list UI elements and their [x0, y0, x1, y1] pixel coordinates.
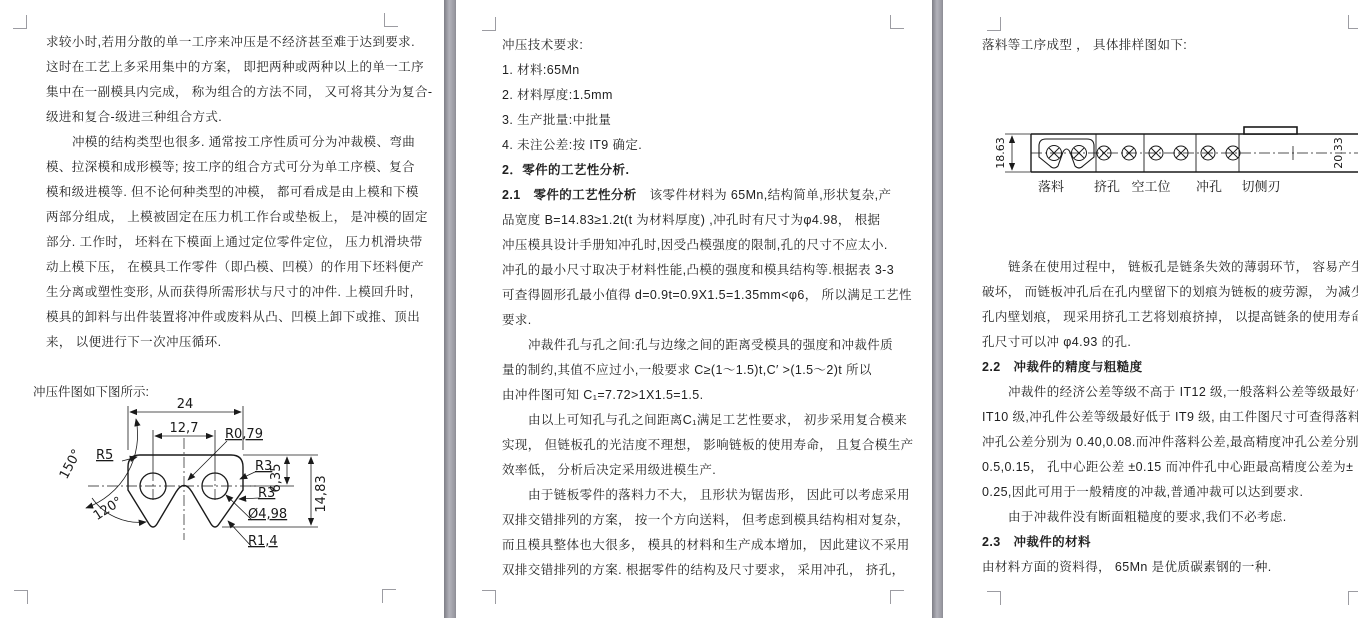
side-cut-notch [1244, 127, 1297, 134]
station-label-piercing: 冲孔 [1196, 179, 1222, 195]
centerlines [88, 438, 258, 540]
text-line: 量的制约,其值不应过小,一般要求 C≥(1～1.5)t,C′ >(1.5～2)t… [502, 358, 910, 383]
r5-label: R5 [96, 448, 113, 463]
text-line: 2．零件的工艺性分析. [502, 158, 910, 183]
text-line: 双排交错排列的方案. 根据零件的结构及尺寸要求， 采用冲孔， 挤孔， [502, 558, 910, 583]
document-viewport: 求较小时,若用分散的单一工序来冲压是不经济甚至难于达到要求.这时在工艺上多采用集… [0, 0, 1358, 618]
text-line: 孔尺寸可以冲 φ4.93 的孔. [982, 330, 1354, 355]
dim-14-83-label: 14,83 [314, 475, 329, 512]
dim-20-33-label: 20.33 [1332, 137, 1345, 169]
dim-12-7-label: 12,7 [170, 421, 199, 436]
text-line: 效率低， 分析后决定采用级进模生产. [502, 458, 910, 483]
text-line: 由冲件图可知 C₁=7.72>1X1.5=1.5. [502, 383, 910, 408]
crop-mark [1348, 15, 1358, 29]
crop-mark [13, 15, 27, 29]
crop-mark [890, 590, 904, 604]
text-line: 1. 材料:65Mn [502, 58, 910, 83]
strip-part-outline [1039, 139, 1094, 168]
page3-paragraphs: 链条在使用过程中， 链板孔是链条失效的薄弱环节， 容易产生疲劳破坏， 而链板冲孔… [982, 255, 1354, 580]
station-label-blanking: 落料 [1038, 179, 1064, 195]
text-line: 2.3 冲裁件的材料 [982, 530, 1354, 555]
crop-mark [987, 17, 1001, 31]
strip-edges [1031, 134, 1358, 172]
text-line: 冲孔的最小尺寸取决于材料性能,凸模的强度和模具结构等.根据表 3-3 [502, 258, 910, 283]
text-line: 0.5,0.15， 孔中心距公差 ±0.15 而冲件孔中心距最高精度公差为± [982, 455, 1354, 480]
text-line: 破坏， 而链板冲孔后在孔内壁留下的划痕为链板的疲劳源， 为减少链板 [982, 280, 1354, 305]
text-line: 2.2 冲裁件的精度与粗糙度 [982, 355, 1354, 380]
r3-top-label: R3 [255, 459, 272, 474]
text-line: 2.1 零件的工艺性分析 该零件材料为 65Mn,结构简单,形状复杂,产 [502, 183, 910, 208]
plate-outline [128, 455, 243, 527]
text-line: 可查得圆形孔最小值得 d=0.9t=0.9X1.5=1.35mm<φ6， 所以满… [502, 283, 910, 308]
crop-mark [987, 591, 1001, 605]
station-label-hole-extruding: 挤孔 [1094, 179, 1120, 195]
text-line: 冲裁件孔与孔之间:孔与边缘之间的距离受模具的强度和冲裁件质 [502, 333, 910, 358]
page-2: 冲压技术要求:1. 材料:65Mn2. 材料厚度:1.5mm3. 生产批量:中批… [456, 0, 932, 618]
page-gutter [444, 0, 456, 618]
station-label-side-cut: 切侧刃 [1241, 180, 1280, 195]
text-line: 0.25,因此可用于一般精度的冲裁,普通冲裁可以达到要求. [982, 480, 1354, 505]
text-line: 孔内壁划痕， 现采用挤孔工艺将划痕挤掉， 以提高链条的使用寿命. 冲 [982, 305, 1354, 330]
crop-mark [384, 13, 398, 27]
r1-4-label: R1,4 [248, 534, 278, 549]
crop-mark [482, 17, 496, 31]
dim-strip-width [1005, 134, 1031, 172]
r3-bottom-label: R3 [258, 486, 275, 501]
text-line: 4. 未注公差:按 IT9 确定. [502, 133, 910, 158]
crop-mark [890, 15, 904, 29]
crop-mark [14, 590, 28, 604]
text-line: 品宽度 B=14.83≥1.2t(t 为材料厚度) ,冲孔时有尺寸为φ4.98，… [502, 208, 910, 233]
text-line: 冲压技术要求: [502, 33, 910, 58]
crop-mark [482, 590, 496, 604]
text-line: 由材料方面的资料得， 65Mn 是优质碳素钢的一种. [982, 555, 1354, 580]
text-line: 冲裁件的经济公差等级不高于 IT12 级,一般落料公差等级最好低于 [982, 380, 1354, 405]
text-line: 双排交错排列的方案， 按一个方向送料， 但考虑到模具结构相对复杂， [502, 508, 910, 533]
text-line: 链条在使用过程中， 链板孔是链条失效的薄弱环节， 容易产生疲劳 [982, 255, 1354, 280]
text-line: 而且模具整体也大很多， 模具的材料和生产成本增加， 因此建议不采用 [502, 533, 910, 558]
text-line: IT10 级,冲孔件公差等级最好低于 IT9 级, 由工件图尺寸可查得落料公差, [982, 405, 1354, 430]
page-gutter [932, 0, 943, 618]
page-1: 求较小时,若用分散的单一工序来冲压是不经济甚至难于达到要求.这时在工艺上多采用集… [0, 0, 444, 618]
r0-79-label: R0,79 [225, 427, 263, 442]
part-drawing: 24 12,7 6,35 14,83 [0, 0, 444, 618]
crop-mark [1348, 591, 1358, 605]
text-line: 2. 材料厚度:1.5mm [502, 83, 910, 108]
angle-150-label: 150° [57, 447, 85, 482]
dim-24-label: 24 [177, 397, 194, 412]
text-line: 冲压模具设计手册知冲孔时,因受凸模强度的限制,孔的尺寸不应太小. [502, 233, 910, 258]
station-label-idle: 空工位 [1131, 179, 1170, 195]
text-line: 由于链板零件的落料力不大， 且形状为锯齿形， 因此可以考虑采用 [502, 483, 910, 508]
text-line: 实现， 但链板孔的光洁度不理想， 影响链板的使用寿命， 且复合模生产 [502, 433, 910, 458]
text-line: 冲孔公差分别为 0.40,0.08.而冲件落料公差,最高精度冲孔公差分别为 [982, 430, 1354, 455]
page2-paragraphs: 冲压技术要求:1. 材料:65Mn2. 材料厚度:1.5mm3. 生产批量:中批… [502, 33, 910, 583]
text-line: 由以上可知孔与孔之间距离C₁满足工艺性要求， 初步采用复合模来 [502, 408, 910, 433]
page-3: 落料等工序成型 ， 具体排样图如下: [943, 0, 1358, 618]
text-line: 要求. [502, 308, 910, 333]
dim-18-63-label: 18.63 [994, 137, 1007, 169]
crop-mark [382, 589, 396, 603]
text-line: 由于冲裁件没有断面粗糙度的要求,我们不必考虑. [982, 505, 1354, 530]
dia-4-98-label: Ø4,98 [248, 507, 287, 522]
text-line: 3. 生产批量:中批量 [502, 108, 910, 133]
